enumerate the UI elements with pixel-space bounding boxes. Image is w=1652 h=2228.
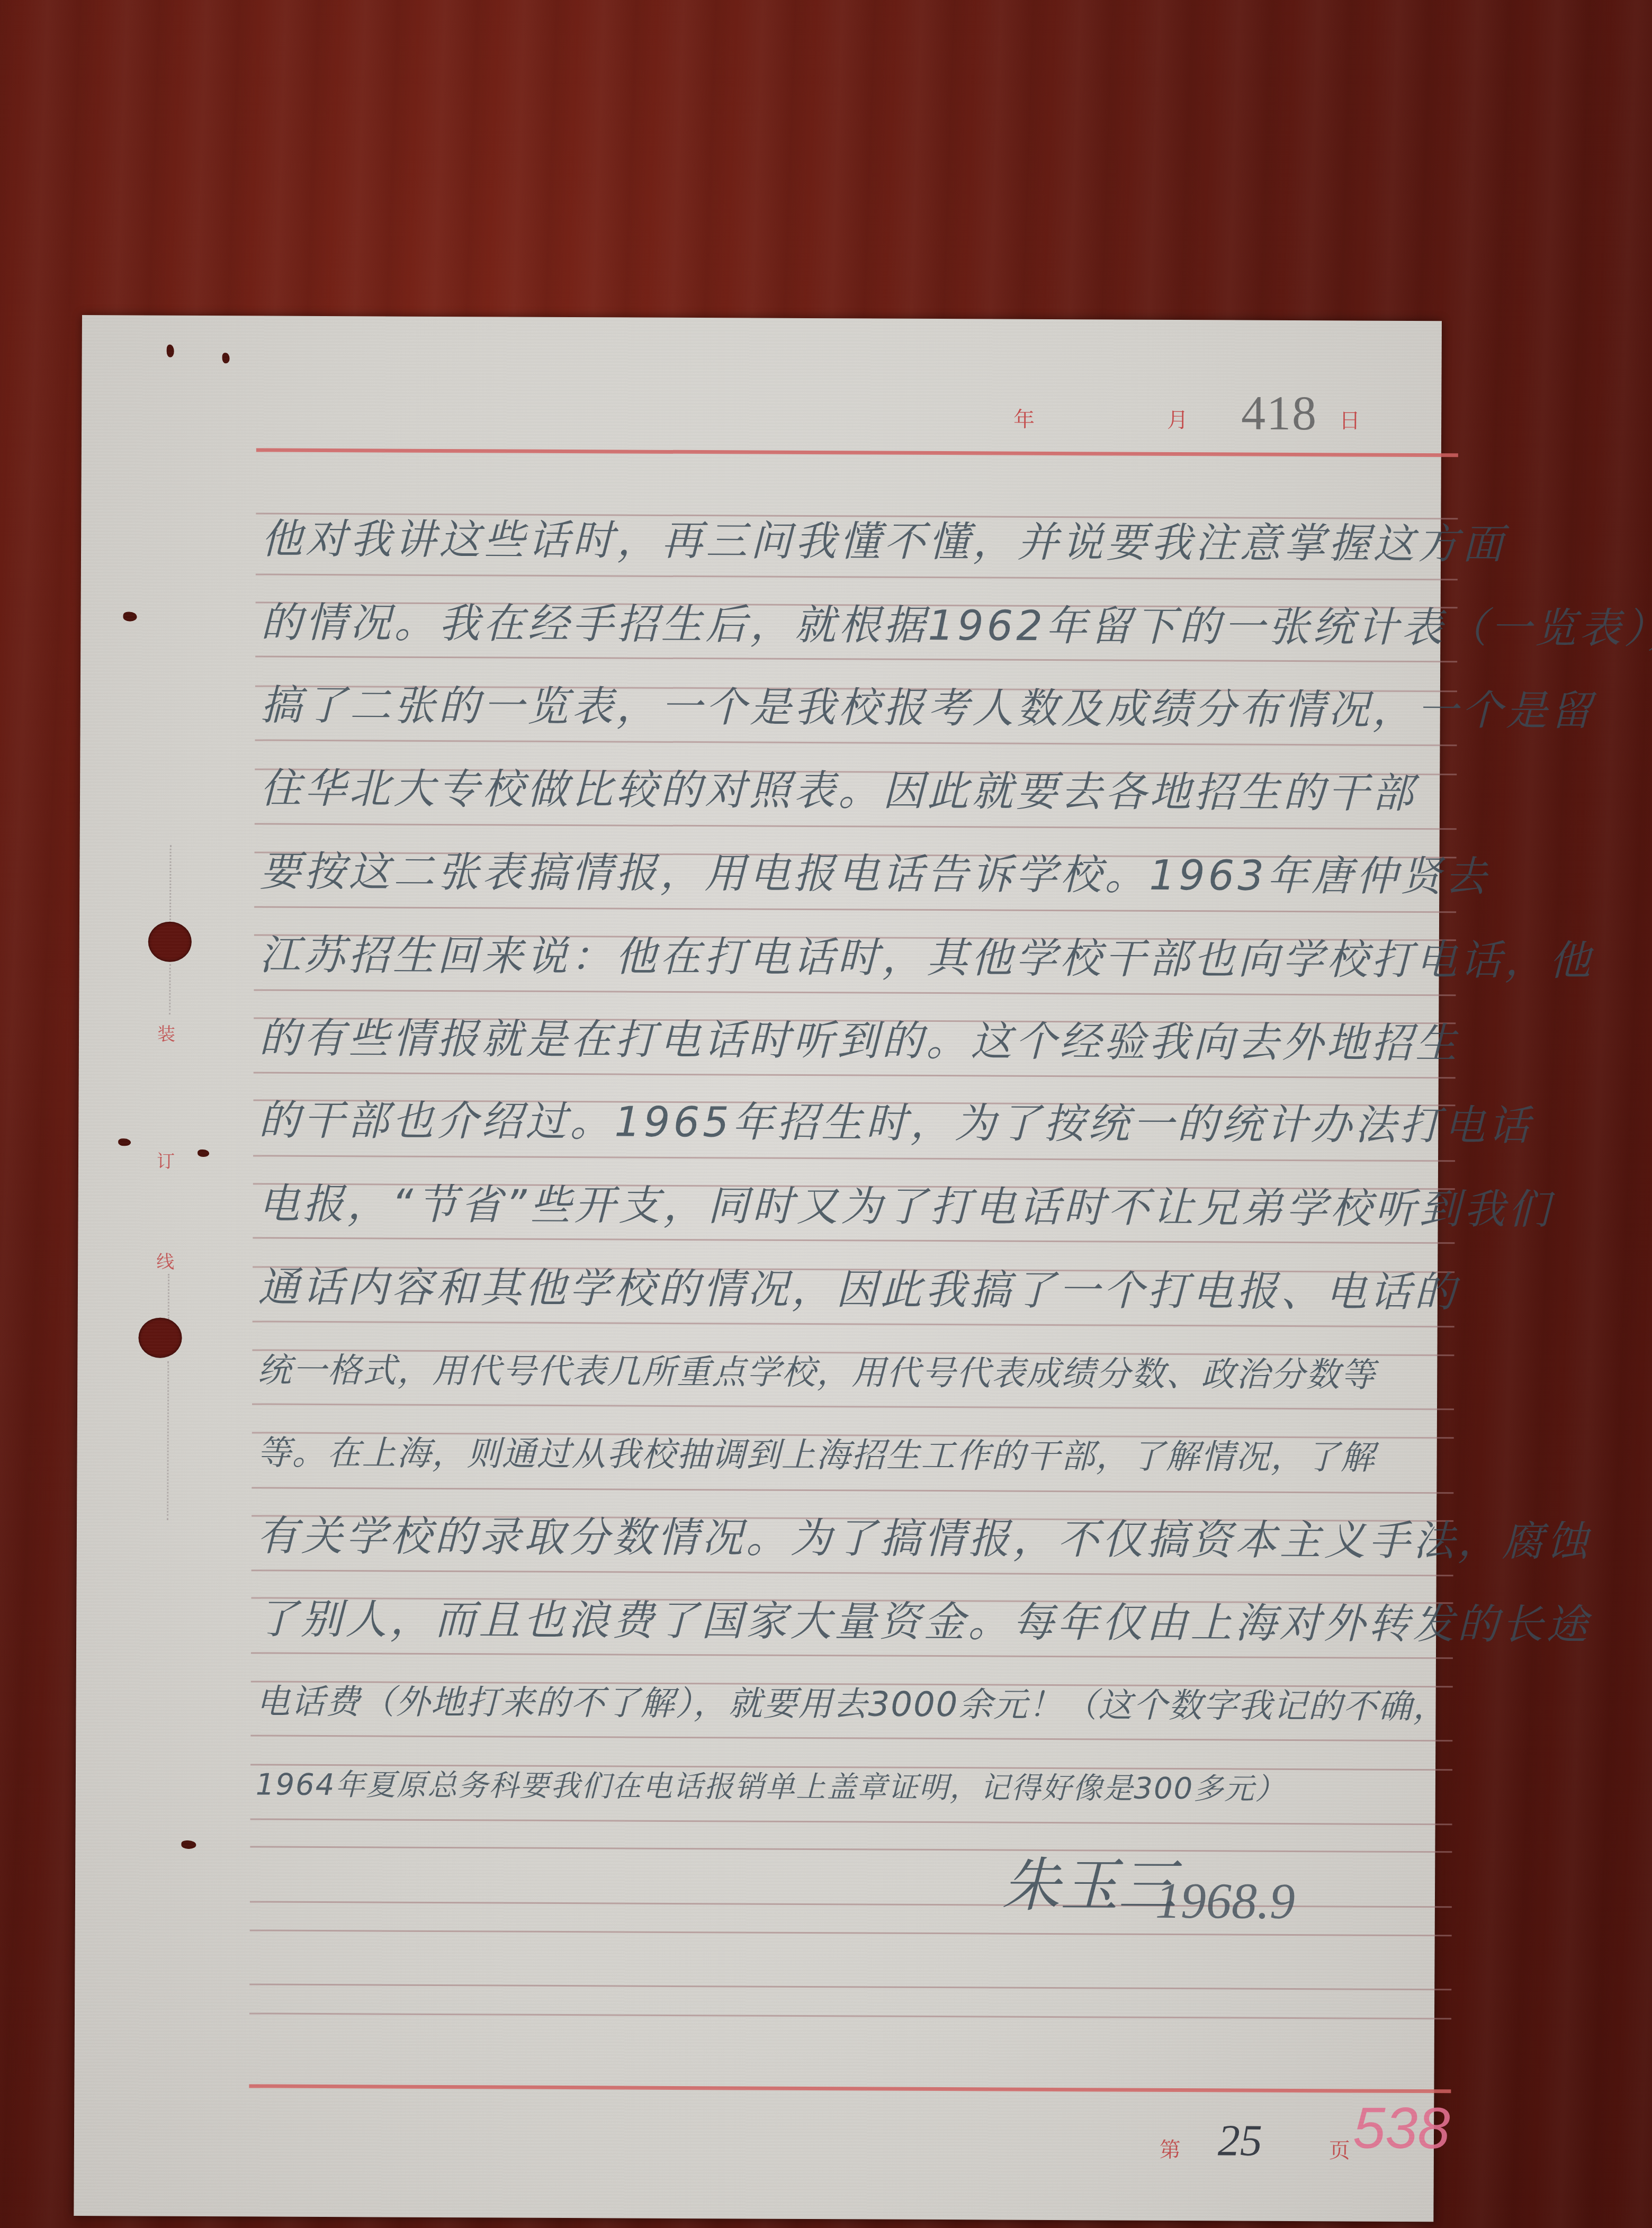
body-line-15: 电话费（外地打来的不了解），就要用去3000余元！（这个数字我记的不确，	[256, 1670, 1474, 1739]
header-rule	[256, 448, 1458, 457]
body-line-12: 等。在上海，则通过从我校抽调到上海招生工作的干部，了解情况，了解	[257, 1421, 1475, 1490]
body-line-6: 江苏招生回来说：他在打电话时，其他学校干部也向学校打电话，他	[259, 923, 1477, 992]
paper-damage	[197, 1149, 209, 1157]
body-line-2: 的情况。我在经手招生后，就根据1962年留下的一张统计表（一览表），	[261, 591, 1479, 660]
binding-label-ding: 订	[157, 1147, 175, 1173]
binding-hole-bottom	[138, 1317, 182, 1358]
body-line-11: 统一格式，用代号代表几所重点学校，用代号代表成绩分数、政治分数等	[257, 1338, 1476, 1407]
paper-damage	[167, 345, 174, 357]
body-line-7: 的有些情报就是在打电话时听到的。这个经验我向去外地招生	[259, 1007, 1477, 1075]
binding-hole-top	[148, 922, 192, 962]
year-label: 年	[1013, 403, 1035, 433]
month-label: 月	[1167, 403, 1188, 434]
page-suffix: 页	[1329, 2134, 1350, 2164]
paper-damage	[181, 1840, 196, 1849]
ruled-lines	[82, 315, 1442, 321]
body-line-5: 要按这二张表搞情报，用电报电话告诉学校。1963年唐仲贤去	[259, 840, 1478, 909]
body-line-13: 有关学校的录取分数情况。为了搞情报，不仅搞资本主义手法，腐蚀	[257, 1504, 1475, 1573]
handwritten-body: 他对我讲这些话时，再三问我懂不懂，并说要我注意掌握这方面 的情况。我在经手招生后…	[82, 315, 1442, 321]
body-line-3: 搞了二张的一览表，一个是我校报考人数及成绩分布情况，一个是留	[261, 673, 1479, 742]
paper-damage	[222, 353, 230, 363]
binding-dotted-line	[168, 1274, 169, 1319]
paper-damage	[118, 1138, 131, 1146]
body-line-4: 住华北大专校做比较的对照表。因此就要去各地招生的干部	[260, 757, 1478, 825]
body-line-9: 电报，“节省”些开支，同时又为了打电话时不让兄弟学校听到我们	[258, 1172, 1476, 1241]
day-label: 日	[1339, 404, 1360, 434]
binding-dotted-line	[169, 845, 172, 924]
body-line-16: 1964年夏原总务科要我们在电话报销单上盖章证明，记得好像是300多元）	[256, 1753, 1474, 1822]
body-line-1: 他对我讲这些话时，再三问我懂不懂，并说要我注意掌握这方面	[261, 507, 1479, 576]
body-line-10: 通话内容和其他学校的情况，因此我搞了一个打电报、电话的	[258, 1255, 1476, 1324]
binding-label-zhuang: 装	[157, 1020, 175, 1046]
page-footer: 第 25 页 538	[1160, 2109, 1425, 2174]
signature-name: 朱玉三	[1002, 1839, 1177, 1923]
archive-number: 538	[1353, 2095, 1450, 2162]
binding-label-xian: 线	[156, 1247, 174, 1273]
header-date: 年 月 418 日	[1013, 388, 1384, 437]
page-number: 25	[1218, 2115, 1262, 2166]
body-line-14: 了别人，而且也浪费了国家大量资金。每年仅由上海对外转发的长途	[256, 1587, 1475, 1656]
binding-dotted-line	[169, 964, 170, 1014]
body-line-8: 的干部也介绍过。1965年招生时，为了按统一的统计办法打电话	[258, 1089, 1477, 1157]
signature-date: 1968.9	[1155, 1871, 1295, 1930]
document-page: 年 月 418 日	[74, 315, 1442, 2222]
handwritten-number: 418	[1241, 385, 1317, 442]
page-prefix: 第	[1160, 2133, 1181, 2163]
paper-damage	[123, 612, 137, 621]
binding-dotted-line	[167, 1361, 169, 1520]
binding-margin: 装 订 线	[82, 315, 1442, 321]
footer-rule	[249, 2084, 1451, 2093]
